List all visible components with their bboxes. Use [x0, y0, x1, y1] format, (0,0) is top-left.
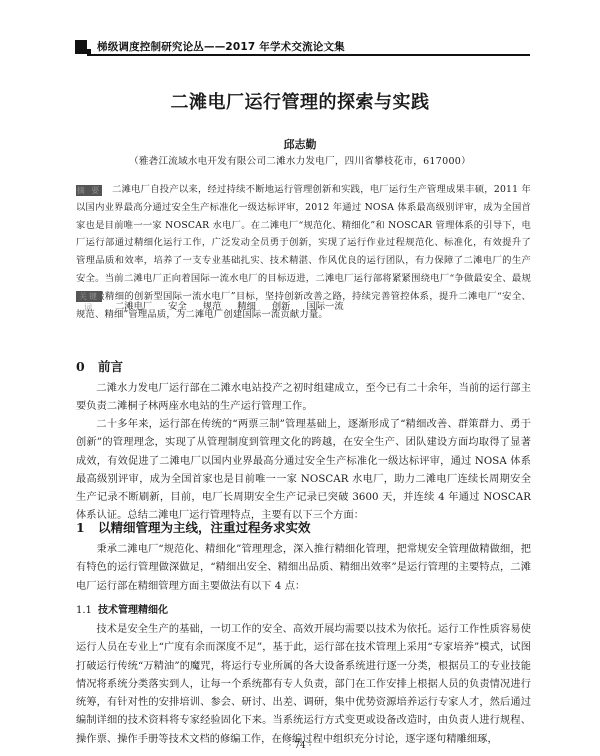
keyword: 国际一流	[306, 301, 343, 312]
keywords-label: 关键词	[76, 291, 102, 302]
author-name: 邱志勤	[0, 136, 600, 152]
paragraph: 二十多年来，运行部在传统的“两票三制”管理基础上，逐渐形成了“精细改善、群策群力…	[76, 416, 531, 526]
paragraph: 技术是安全生产的基础，一切工作的安全、高效开展均需要以技术为依托。运行工作性质容…	[76, 621, 531, 749]
keywords: 关键词 二滩电厂 安全 规范 精细 创新 国际一流	[76, 291, 531, 315]
section-title: 以精细管理为主线，注重过程务求实效	[98, 520, 311, 535]
keyword: 创新	[272, 301, 291, 312]
abstract-label: 摘 要	[76, 185, 102, 196]
section-heading-1: 1以精细管理为主线，注重过程务求实效	[76, 518, 311, 536]
running-header-title: 梯级调度控制研究论丛——2017 年学术交流论文集	[97, 39, 345, 54]
section-title: 前言	[98, 359, 123, 374]
paper-title: 二滩电厂运行管理的探索与实践	[0, 88, 600, 114]
subsection-title: 技术管理精细化	[98, 605, 168, 616]
keyword: 规范	[203, 301, 222, 312]
paragraph: 秉承二滩电厂“规范化、精细化”管理理念，深入推行精细化管理，把常规安全管理做精做…	[76, 541, 531, 596]
keyword: 精细	[237, 301, 256, 312]
paragraph: 二滩水力发电厂运行部在二滩水电站投产之初时组建成立，至今已有二十余年，当前的运行…	[76, 380, 531, 417]
subsection-heading-1-1: 1.1技术管理精细化	[76, 601, 168, 616]
subsection-number: 1.1	[76, 605, 98, 616]
page-number: · 74 ·	[0, 741, 600, 751]
section-heading-0: 0前言	[76, 357, 123, 375]
keyword: 安全	[168, 301, 187, 312]
keyword: 二滩电厂	[115, 301, 152, 312]
section-number: 1	[76, 520, 98, 535]
running-header: 梯级调度控制研究论丛——2017 年学术交流论文集	[75, 37, 530, 57]
header-rule	[87, 54, 530, 56]
section-number: 0	[76, 359, 98, 374]
author-affiliation: （雅砻江流域水电开发有限公司二滩水力发电厂，四川省攀枝花市，617000）	[0, 153, 600, 167]
